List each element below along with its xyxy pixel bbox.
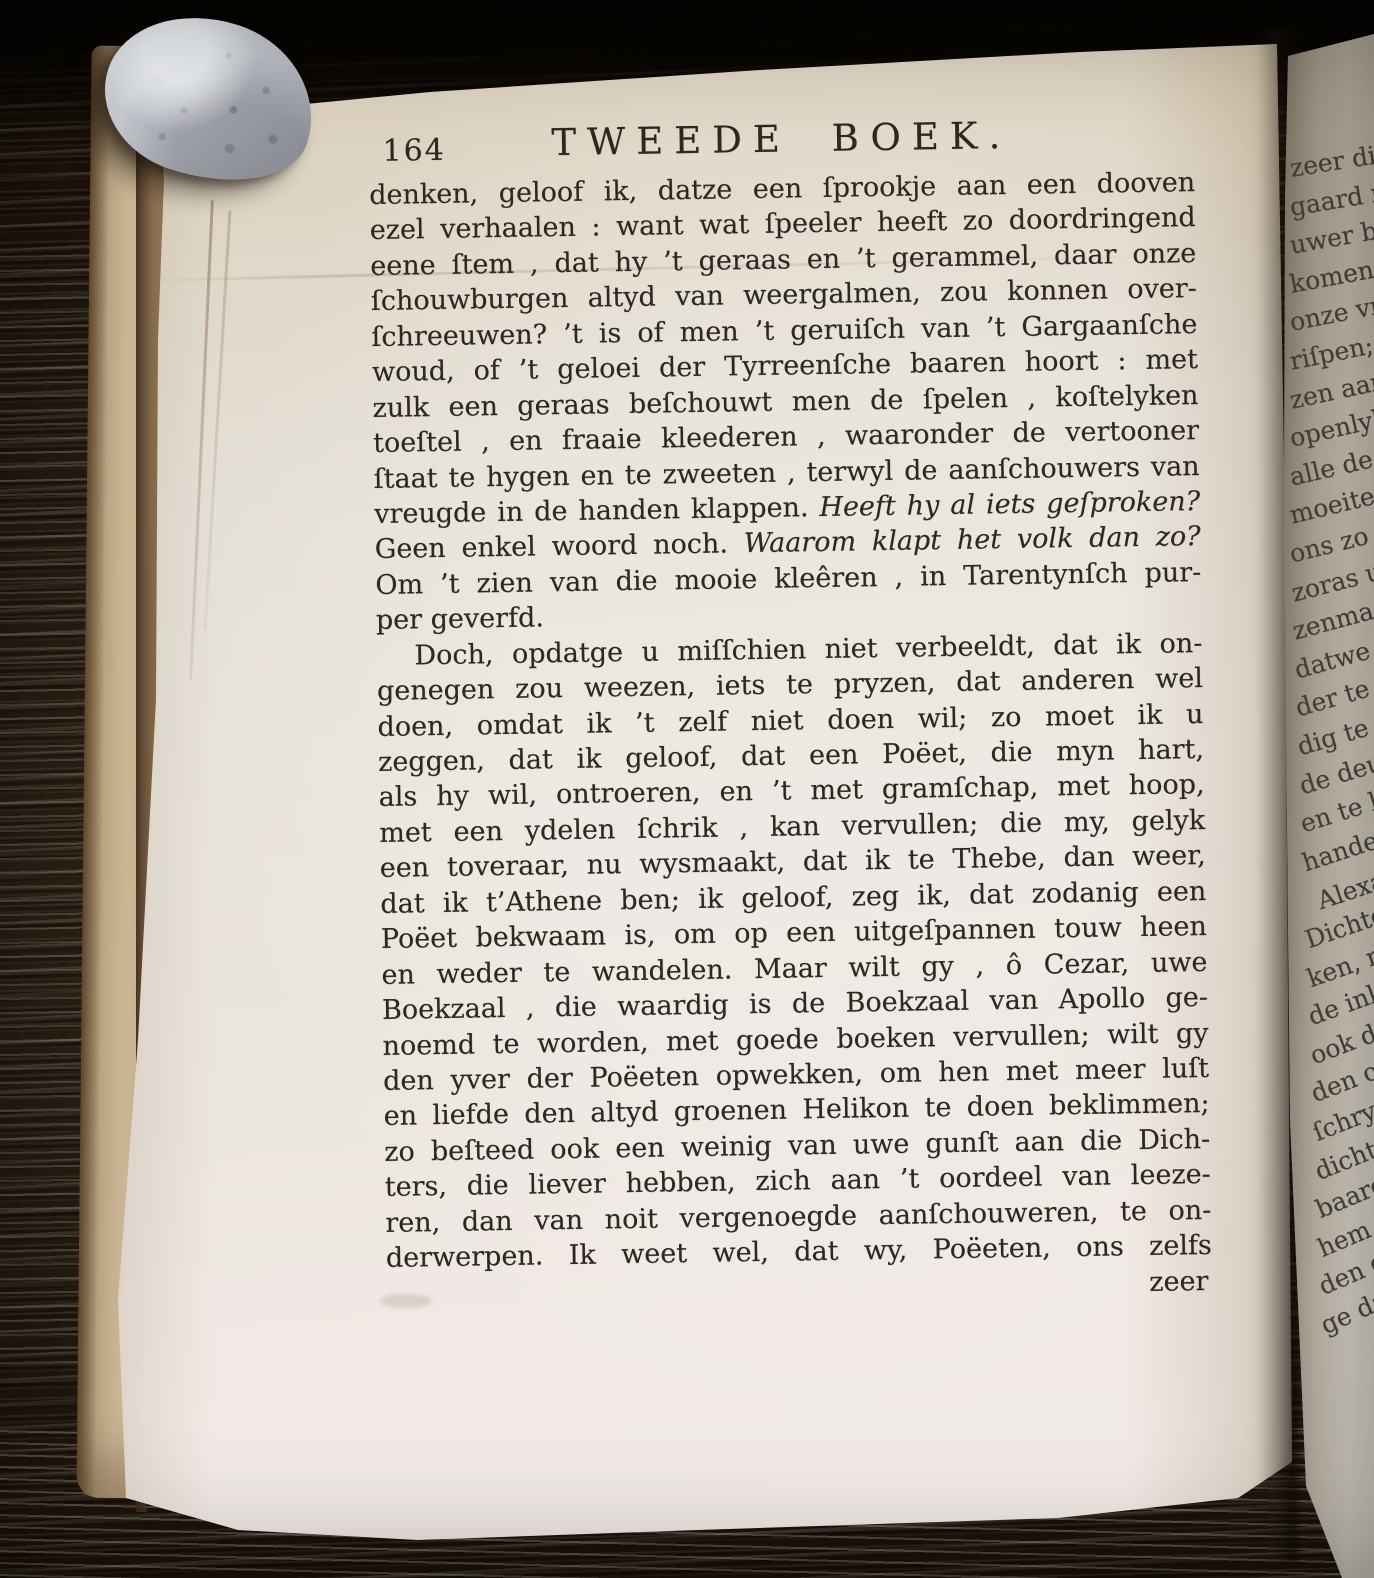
- page-edge-strand: [189, 200, 214, 680]
- book-left-page: 164 TWEEDE BOEK. denken, geloof ik, datz…: [108, 40, 1292, 1552]
- catchword: zeer: [1149, 1266, 1209, 1298]
- photo-of-open-antique-book: 164 TWEEDE BOEK. denken, geloof ik, datz…: [0, 0, 1374, 1578]
- running-title: TWEEDE BOEK.: [368, 107, 1195, 167]
- right-page-text-fragment: zeer dikwil: [1288, 132, 1374, 182]
- printed-text-block: 164 TWEEDE BOEK. denken, geloof ik, datz…: [368, 107, 1213, 1312]
- page-number: 164: [382, 133, 446, 169]
- body-text: denken, geloof ik, datze een ſprookje aa…: [369, 165, 1212, 1276]
